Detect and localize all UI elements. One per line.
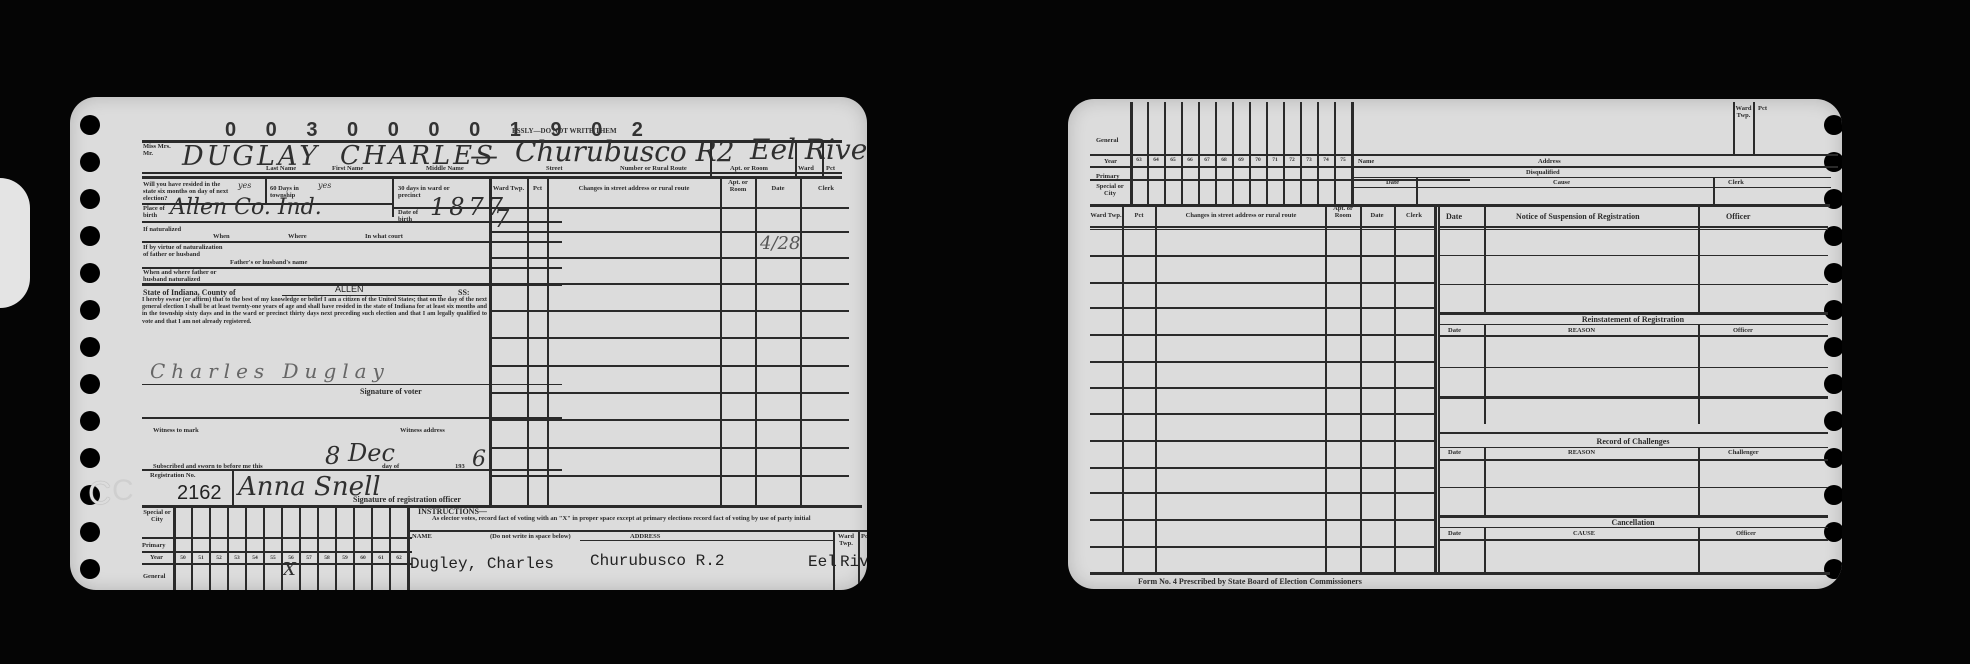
grid-label-primary: Primary [142, 542, 165, 549]
officer-signature-label: Signature of registration officer [353, 495, 461, 504]
oath-text: I hereby swear (or affirm) that to the b… [142, 296, 487, 325]
changes-header-apt: Apt. or Room [721, 179, 755, 193]
when-where-father-label: When and where father or husband natural… [143, 269, 228, 283]
grid-year: 62 [389, 555, 409, 561]
back-grid-label-general: General [1096, 137, 1118, 144]
cancellation-header-date: Date [1448, 530, 1461, 537]
witness-address-label: Witness address [400, 427, 445, 434]
changes-header-clerk: Clerk [801, 185, 851, 192]
punch-hole [1824, 411, 1842, 431]
general-vote-mark: X [283, 559, 296, 580]
back-name-label: Name [1358, 158, 1374, 165]
court-label: In what court [365, 233, 403, 240]
punch-hole [80, 337, 100, 357]
changes-header-address: Changes in street address or rural route [548, 185, 720, 192]
reinstatement-header-reason: REASON [1568, 327, 1595, 334]
witness-mark-label: Witness to mark [153, 427, 199, 434]
back-changes-header-address: Changes in street address or rural route [1156, 212, 1326, 219]
changes-row2-date: 4/28 [760, 233, 800, 254]
grid-year: 59 [335, 555, 355, 561]
suspension-header-notice: Notice of Suspension of Registration [1516, 212, 1640, 221]
reinstatement-header-date: Date [1448, 327, 1461, 334]
punch-hole [1824, 485, 1842, 505]
form-prescription-note: Form No. 4 Prescribed by State Board of … [1138, 577, 1362, 586]
grid-year: 52 [209, 555, 229, 561]
subscribed-day: 8 [325, 442, 340, 470]
serial-note: ESSLY—DO NOT WRITE THEM [512, 127, 617, 135]
grid-label-special: Special or City [142, 509, 172, 523]
grid-label-year: Year [150, 554, 163, 561]
back-grid-label-year: Year [1104, 158, 1117, 165]
grid-year: 57 [299, 555, 319, 561]
grid-year: 58 [317, 555, 337, 561]
instructions-text: As elector votes, record fact of voting … [432, 515, 852, 522]
pct-label: Pct [826, 165, 835, 172]
footer-typed-ward: Eel [808, 553, 837, 571]
grid-label-general: General [143, 573, 165, 580]
middle-name-label: Middle Name [426, 165, 464, 172]
virtue-naturalization-label: If by virtue of naturalization of father… [143, 244, 223, 258]
back-changes-header-ward: Ward Twp. [1090, 212, 1122, 219]
punch-hole [1824, 263, 1842, 283]
back-changes-header-date: Date [1360, 212, 1394, 219]
where-label: Where [288, 233, 307, 240]
card-tab-fragment [0, 178, 30, 308]
registration-no-value: 2162 [177, 482, 222, 505]
residence-answer: yes [238, 181, 251, 190]
cancellation-header-officer: Officer [1736, 530, 1756, 537]
salutation-label: Miss Mrs. Mr. [143, 144, 173, 157]
suspension-header-officer: Officer [1726, 212, 1750, 221]
suspension-header-date: Date [1446, 212, 1462, 221]
back-cause-label: Cause [1553, 179, 1570, 186]
name-dash: — [470, 139, 498, 172]
changes-header-ward: Ward Twp. [490, 185, 527, 192]
apt-room-label: Apt. or Room [730, 165, 768, 172]
changes-row1-ward: 7 [494, 205, 509, 233]
back-clerk-label: Clerk [1728, 179, 1744, 186]
back-grid-year: 75 [1333, 157, 1353, 163]
changes-header-pct: Pct [528, 185, 547, 192]
grid-year: 61 [371, 555, 391, 561]
street-handwritten: Churubusco R2 [515, 135, 735, 168]
punch-hole [80, 374, 100, 394]
sixty-days-answer: yes [318, 181, 331, 190]
challenges-header-challenger: Challenger [1728, 449, 1759, 456]
grid-year: 60 [353, 555, 373, 561]
footer-typed-pct: Riv [840, 553, 867, 571]
punch-hole [1824, 448, 1842, 468]
back-grid-label-special: Special or City [1096, 183, 1124, 197]
father-name-label: Father's or husband's name [230, 259, 307, 266]
grid-year: 54 [245, 555, 265, 561]
back-disqualified-label: Disqualified [1526, 169, 1560, 176]
reinstatement-title: Reinstatement of Registration [1438, 315, 1828, 324]
voter-registration-card-back: General Year Primary Special or City 63 … [1068, 99, 1842, 589]
punch-hole [1824, 374, 1842, 394]
voter-signature: Charles Duglay [150, 359, 390, 383]
changes-header-date: Date [756, 185, 800, 192]
cancellation-header-cause: CAUSE [1573, 530, 1595, 537]
reinstatement-header-officer: Officer [1733, 327, 1753, 334]
first-name-label: First Name [332, 165, 363, 172]
ward-label: Ward [798, 165, 814, 172]
challenges-header-date: Date [1448, 449, 1461, 456]
rural-route-label: Number or Rural Route [620, 165, 687, 172]
punch-hole [80, 263, 100, 283]
place-of-birth-value: Allen Co. Ind. [170, 195, 322, 220]
grid-year: 50 [173, 555, 193, 561]
footer-address-label: ADDRESS [630, 533, 660, 540]
grid-year: 53 [227, 555, 247, 561]
punch-hole [80, 411, 100, 431]
if-naturalized-label: If naturalized [143, 226, 181, 233]
back-ward-label: Ward Twp. [1734, 105, 1753, 119]
punch-hole [80, 559, 100, 579]
subscribed-month: Dec [348, 439, 395, 467]
punch-hole [1824, 559, 1842, 579]
challenges-title: Record of Challenges [1438, 437, 1828, 446]
street-label: Street [546, 165, 562, 172]
footer-name-label: NAME [412, 533, 432, 540]
back-changes-header-pct: Pct [1123, 212, 1155, 219]
punch-hole [80, 189, 100, 209]
punch-hole [80, 226, 100, 246]
grid-year: 55 [263, 555, 283, 561]
footer-do-not-write: (Do not write in space below) [490, 533, 571, 540]
county-value: ALLEN [335, 284, 364, 294]
card-letter-c: C [112, 474, 134, 508]
back-pct-label: Pct [1758, 105, 1767, 112]
punch-hole [80, 115, 100, 135]
last-name-label: Last Name [266, 165, 296, 172]
voter-registration-card-front: C 0 0 3 0 0 0 0 1 9 0 2 ESSLY—DO NOT WRI… [70, 97, 867, 590]
when-label: When [213, 233, 230, 240]
back-date-label: Date [1386, 179, 1399, 186]
registration-no-label: Registration No. [150, 472, 196, 479]
punch-hole [80, 152, 100, 172]
footer-pct-label: Pct [861, 533, 867, 540]
back-changes-header-clerk: Clerk [1394, 212, 1434, 219]
cancellation-title: Cancellation [1438, 518, 1828, 527]
side-letter: C [88, 475, 111, 512]
footer-ward-label: Ward Twp. [834, 533, 858, 547]
voter-signature-label: Signature of voter [360, 387, 422, 396]
township-handwritten: Eel River [750, 133, 867, 166]
punch-hole [1824, 115, 1842, 135]
grid-year: 51 [191, 555, 211, 561]
back-address-label: Address [1538, 158, 1561, 165]
footer-typed-address: Churubusco R.2 [590, 552, 724, 570]
last-name-handwritten: DUGLAY [182, 141, 320, 172]
challenges-header-reason: REASON [1568, 449, 1595, 456]
punch-hole [80, 448, 100, 468]
punch-hole [80, 522, 100, 542]
back-changes-header-apt: Apt. or Room [1326, 205, 1360, 219]
footer-typed-name: Dugley, Charles [410, 555, 554, 573]
punch-hole [1824, 337, 1842, 357]
punch-hole [80, 300, 100, 320]
